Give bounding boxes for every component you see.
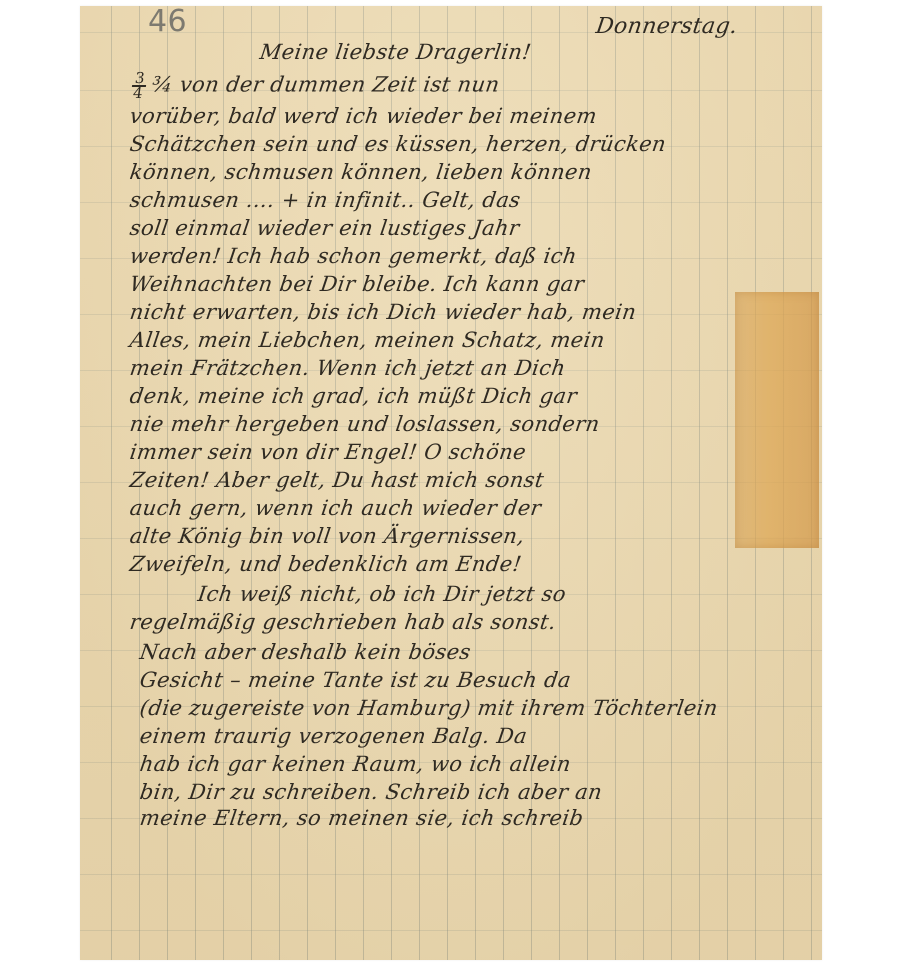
letter-line: 34¾ von der dummen Zeit ist nun [130,72,501,100]
letter-line: meine Eltern, so meinen sie, ich schreib [138,806,585,830]
letter-line: werden! Ich hab schon gemerkt, daß ich [128,244,578,268]
letter-line: regelmäßig geschrieben hab als sonst. [128,610,557,634]
letter-line: immer sein von dir Engel! O schöne [128,440,527,464]
letter-line: einem traurig verzogenen Balg. Da [138,724,529,748]
letter-line: alte König bin voll von Ärgernissen, [128,524,526,548]
tape-stain [735,292,819,548]
letter-line: hab ich gar keinen Raum, wo ich allein [138,752,572,776]
letter-line: können, schmusen können, lieben können [128,160,593,184]
letter-line: Schätzchen sein und es küssen, herzen, d… [128,132,667,156]
letter-line: Alles, mein Liebchen, meinen Schatz, mei… [128,328,606,352]
letter-line: denk, meine ich grad, ich müßt Dich gar [128,384,578,408]
page-number: 46 [148,4,187,39]
letter-line: nicht erwarten, bis ich Dich wieder hab,… [128,300,638,324]
letter-line: vorüber, bald werd ich wieder bei meinem [128,104,598,128]
letter-line: Zeiten! Aber gelt, Du hast mich sonst [128,468,545,492]
letter-line: auch gern, wenn ich auch wieder der [128,496,543,520]
letter-line: Gesicht – meine Tante ist zu Besuch da [138,668,572,692]
dateline: Donnerstag. [594,14,739,39]
salutation: Meine liebste Dragerlin! [258,40,533,64]
letter-line: Nach aber deshalb kein böses [138,640,472,664]
letter-line: Weihnachten bei Dir bleibe. Ich kann gar [128,272,586,296]
letter-line: soll einmal wieder ein lustiges Jahr [128,216,521,240]
letter-line: mein Frätzchen. Wenn ich jetzt an Dich [128,356,567,380]
letter-line: schmusen .... + in infinit.. Gelt, das [128,188,522,212]
letter-line: bin, Dir zu schreiben. Schreib ich aber … [138,780,604,804]
letter-line: Zweifeln, und bedenklich am Ende! [128,552,523,576]
letter-line: Ich weiß nicht, ob ich Dir jetzt so [196,582,567,606]
fraction-three-quarters: 34 [130,72,148,100]
letter-line: (die zugereiste von Hamburg) mit ihrem T… [138,696,719,720]
letter-line: nie mehr hergeben und loslassen, sondern [128,412,601,436]
